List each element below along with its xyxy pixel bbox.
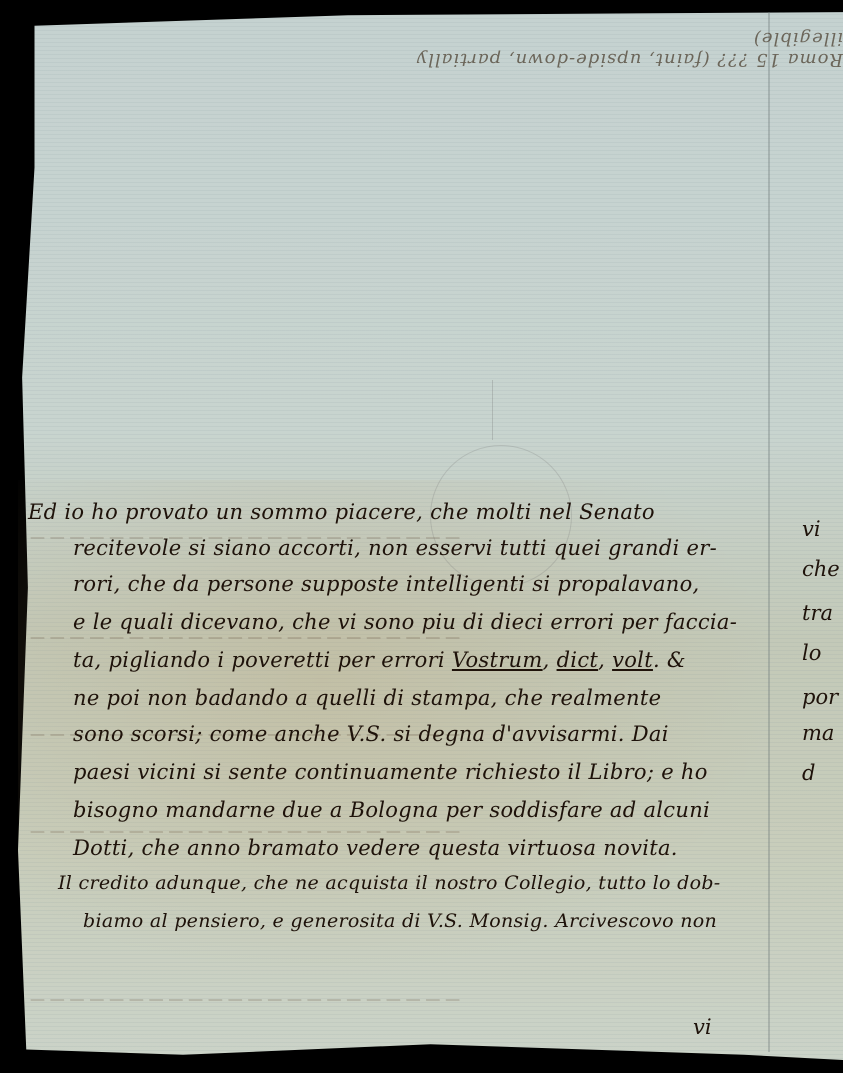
fragment: che xyxy=(802,557,840,581)
letter-line: biamo al pensiero, e generosita di V.S. … xyxy=(83,910,717,932)
fragment: tra xyxy=(802,601,833,625)
letter-line: recitevole si siano accorti, non esservi… xyxy=(73,536,717,560)
catchword: vi xyxy=(693,1015,712,1039)
letter-line: ne poi non badando a quelli di stampa, c… xyxy=(73,686,661,710)
letter-line-text: ta, pigliando i poveretti per errori xyxy=(73,648,452,672)
watermark-stem xyxy=(492,380,493,440)
letter-line: Dotti, che anno bramato vedere questa vi… xyxy=(73,836,678,860)
page-fold-line xyxy=(768,12,770,1052)
header-note: Roma 15 ??? (faint, upside-down, partial… xyxy=(330,28,843,70)
underlined-word: volt xyxy=(612,648,653,672)
letter-line: bisogno mandarne due a Bologna per soddi… xyxy=(73,798,710,822)
letter-line: paesi vicini si sente continuamente rich… xyxy=(73,760,708,784)
letter-line: Il credito adunque, che ne acquista il n… xyxy=(58,872,721,894)
fragment: ma xyxy=(802,721,834,745)
fragment: vi xyxy=(802,517,821,541)
letter-line: ta, pigliando i poveretti per errori Vos… xyxy=(73,648,686,672)
letter-line: rori, che da persone supposte intelligen… xyxy=(73,572,700,596)
letter-line-text: , xyxy=(598,648,612,672)
fragment: lo xyxy=(802,641,821,665)
letter-line: sono scorsi; come anche V.S. si degna d'… xyxy=(73,722,669,746)
fragment: d xyxy=(802,761,815,785)
underlined-word: Vostrum xyxy=(452,648,543,672)
letter-line: Ed io ho provato un sommo piacere, che m… xyxy=(28,500,655,524)
letter-line-text: , xyxy=(543,648,557,672)
bleed-through-text: — — — — — — — — — — — — — — — — — — — — … xyxy=(30,990,460,1008)
underlined-word: dict xyxy=(557,648,599,672)
letter-line: e le quali dicevano, che vi sono piu di … xyxy=(73,610,737,634)
fragment: por xyxy=(802,685,838,709)
letter-line-text: . & xyxy=(653,648,686,672)
